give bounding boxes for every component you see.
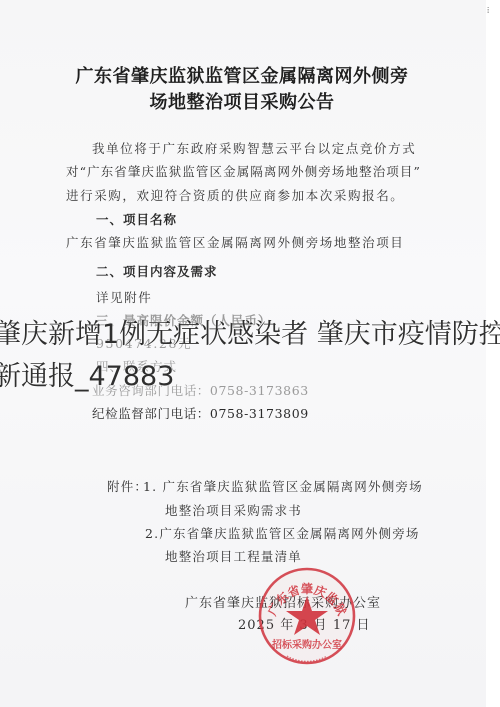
official-seal-icon: 广东省肇庆监狱 招标采购办公室	[257, 566, 357, 666]
attachments-label: 附件：	[107, 477, 148, 495]
contact-supervision-phone: 纪检监督部门电话：0758-3173809	[92, 404, 309, 422]
attachment-1-line-2: 地整治项目采购需求书	[165, 501, 302, 519]
attachment-1-line-1: 1. 广东省肇庆监狱监管区金属隔离网外侧旁场	[143, 477, 423, 495]
overlay-caption-line-1: 肇庆新增1例无症状感染者 肇庆市疫情防控最	[0, 312, 500, 351]
section-1-heading: 一、项目名称	[96, 210, 177, 228]
svg-text:招标采购办公室: 招标采购办公室	[271, 638, 342, 651]
document-page: ⁞ 广东省肇庆监狱监管区金属隔离网外侧旁 场地整治项目采购公告 我单位将于广东政…	[0, 0, 500, 707]
scan-mark: ⁞	[487, 6, 489, 15]
overlay-caption-line-2: 新通报_47883	[0, 354, 174, 393]
intro-line-3: 进行采购，欢迎符合资质的供应商参加本次采购报名。	[66, 186, 404, 204]
section-1-content: 广东省肇庆监狱监管区金属隔离网外侧旁场地整治项目	[66, 233, 404, 251]
attachment-2-line-2: 地整治项目工程量清单	[165, 547, 302, 565]
section-2-heading: 二、项目内容及需求	[96, 262, 218, 280]
document-title-line-1: 广东省肇庆监狱监管区金属隔离网外侧旁	[0, 62, 492, 88]
section-2-content: 详见附件	[96, 288, 152, 306]
attachment-2-line-1: 2.广东省肇庆监狱监管区金属隔离网外侧旁场	[145, 524, 420, 542]
document-title-line-2: 场地整治项目采购公告	[0, 88, 492, 114]
intro-line-2: 对“广东省肇庆监狱监管区金属隔离网外侧旁场地整治项目”	[66, 162, 421, 180]
intro-line-1: 我单位将于广东政府采购智慧云平台以定点竞价方式	[92, 139, 416, 157]
